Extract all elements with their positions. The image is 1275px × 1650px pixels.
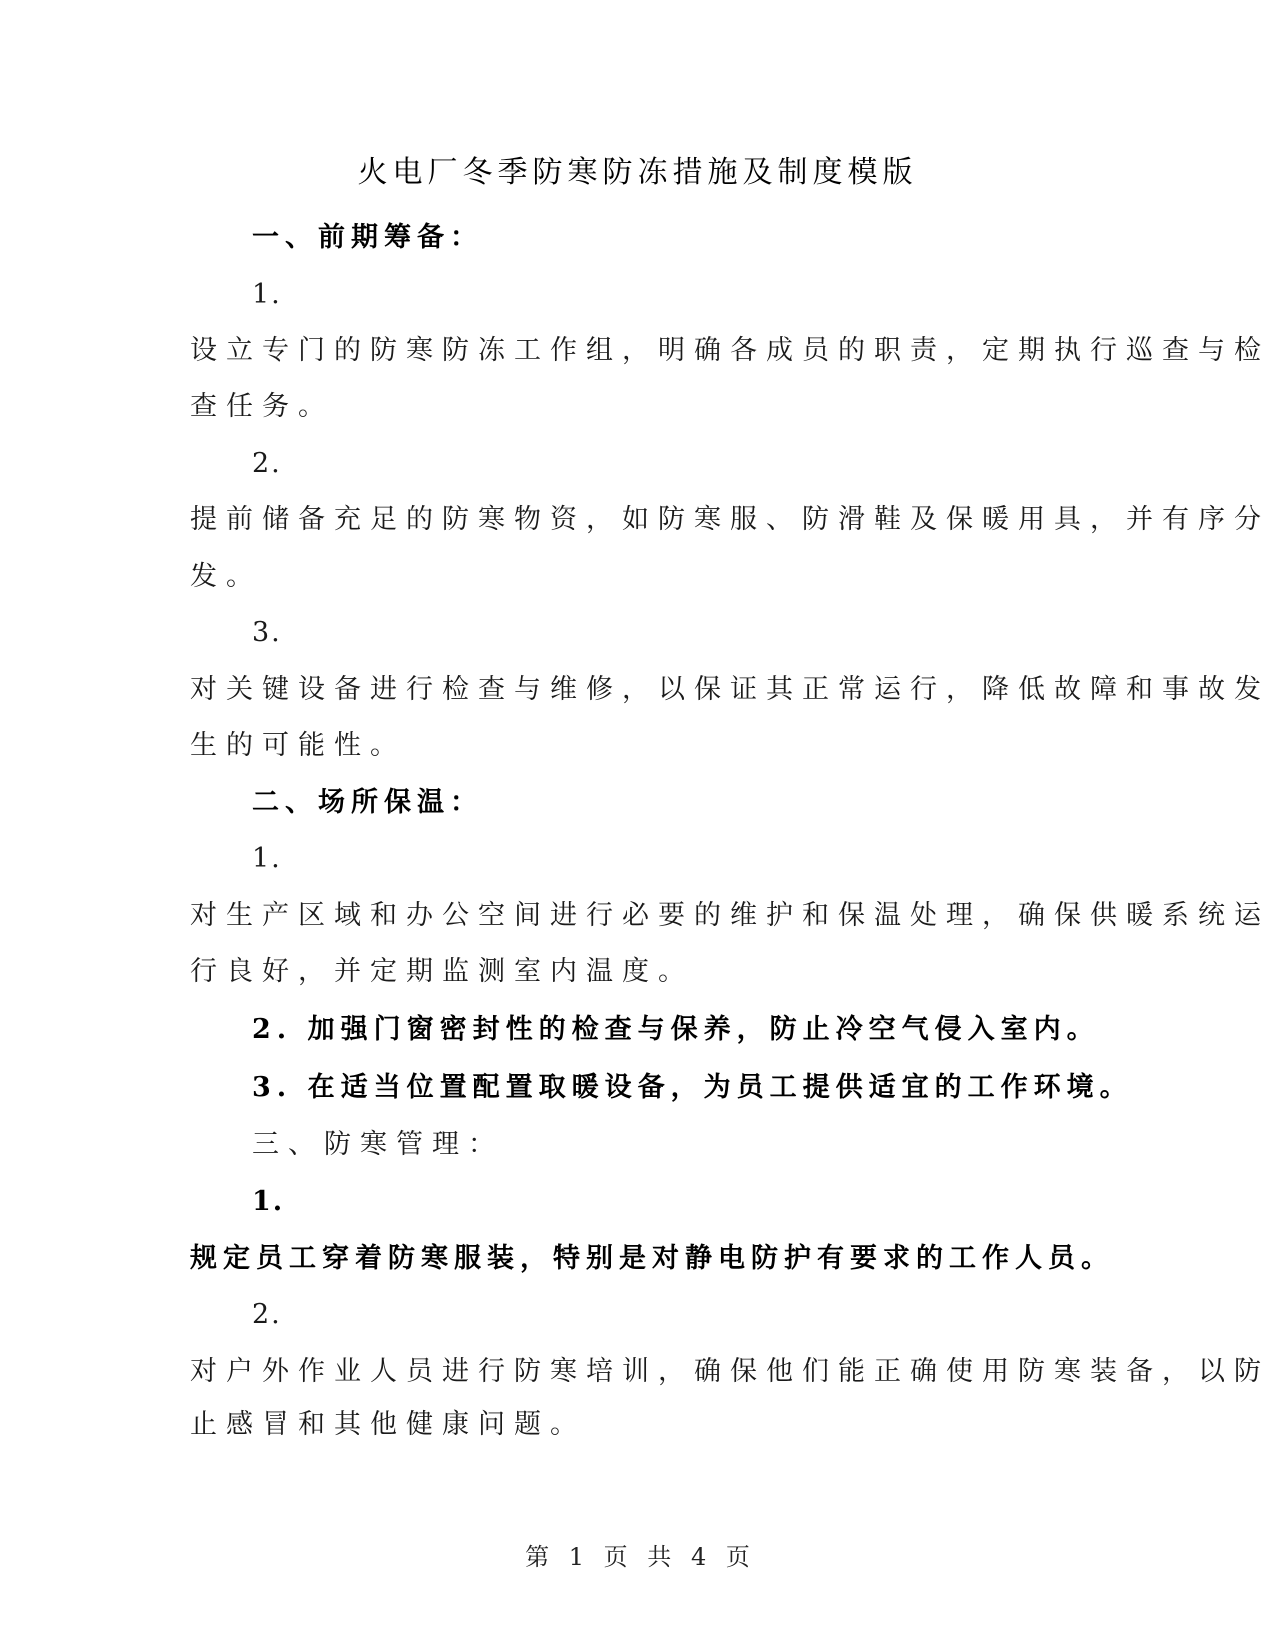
item-text: 生的可能性。	[190, 723, 1070, 769]
document-page: 火电厂冬季防寒防冻措施及制度模版 一、前期筹备： 1. 设立专门的防寒防冻工作组…	[0, 0, 1275, 1650]
document-title: 火电厂冬季防寒防冻措施及制度模版	[0, 150, 1275, 196]
section-heading-3: 三、防寒管理：	[252, 1122, 1132, 1168]
item-text: 发。	[190, 554, 1070, 600]
item-number: 1.	[252, 836, 1132, 882]
item-text: 规定员工穿着防寒服装，特别是对静电防护有要求的工作人员。	[190, 1236, 1070, 1282]
item-number: 1.	[252, 272, 1132, 318]
item-text: 对关键设备进行检查与维修，以保证其正常运行，降低故障和事故发	[190, 667, 1070, 713]
list-item: 3. 在适当位置配置取暖设备，为员工提供适宜的工作环境。	[252, 1065, 1132, 1111]
list-item: 2. 加强门窗密封性的检查与保养，防止冷空气侵入室内。	[252, 1007, 1132, 1053]
item-text: 设立专门的防寒防冻工作组，明确各成员的职责，定期执行巡查与检	[190, 328, 1070, 374]
item-text: 加强门窗密封性的检查与保养，防止冷空气侵入室内。	[308, 1014, 1100, 1045]
section-heading-2: 二、场所保温：	[252, 780, 1132, 826]
item-text: 提前储备充足的防寒物资，如防寒服、防滑鞋及保暖用具，并有序分	[190, 497, 1070, 543]
page-footer: 第 1 页 共 4 页	[0, 1540, 1275, 1574]
item-number: 1.	[252, 1179, 1132, 1225]
item-text: 对生产区域和办公空间进行必要的维护和保温处理，确保供暖系统运	[190, 893, 1070, 939]
item-text: 止感冒和其他健康问题。	[190, 1402, 1070, 1448]
item-number: 3.	[252, 1072, 292, 1103]
section-heading-1: 一、前期筹备：	[252, 215, 1132, 261]
item-number: 3.	[252, 610, 1132, 656]
item-text: 查任务。	[190, 384, 1070, 430]
item-number: 2.	[252, 441, 1132, 487]
item-number: 2.	[252, 1014, 292, 1045]
item-text: 对户外作业人员进行防寒培训，确保他们能正确使用防寒装备，以防	[190, 1349, 1070, 1395]
item-text: 行良好，并定期监测室内温度。	[190, 949, 1070, 995]
item-number: 2.	[252, 1292, 1132, 1338]
item-text: 在适当位置配置取暖设备，为员工提供适宜的工作环境。	[308, 1072, 1133, 1103]
